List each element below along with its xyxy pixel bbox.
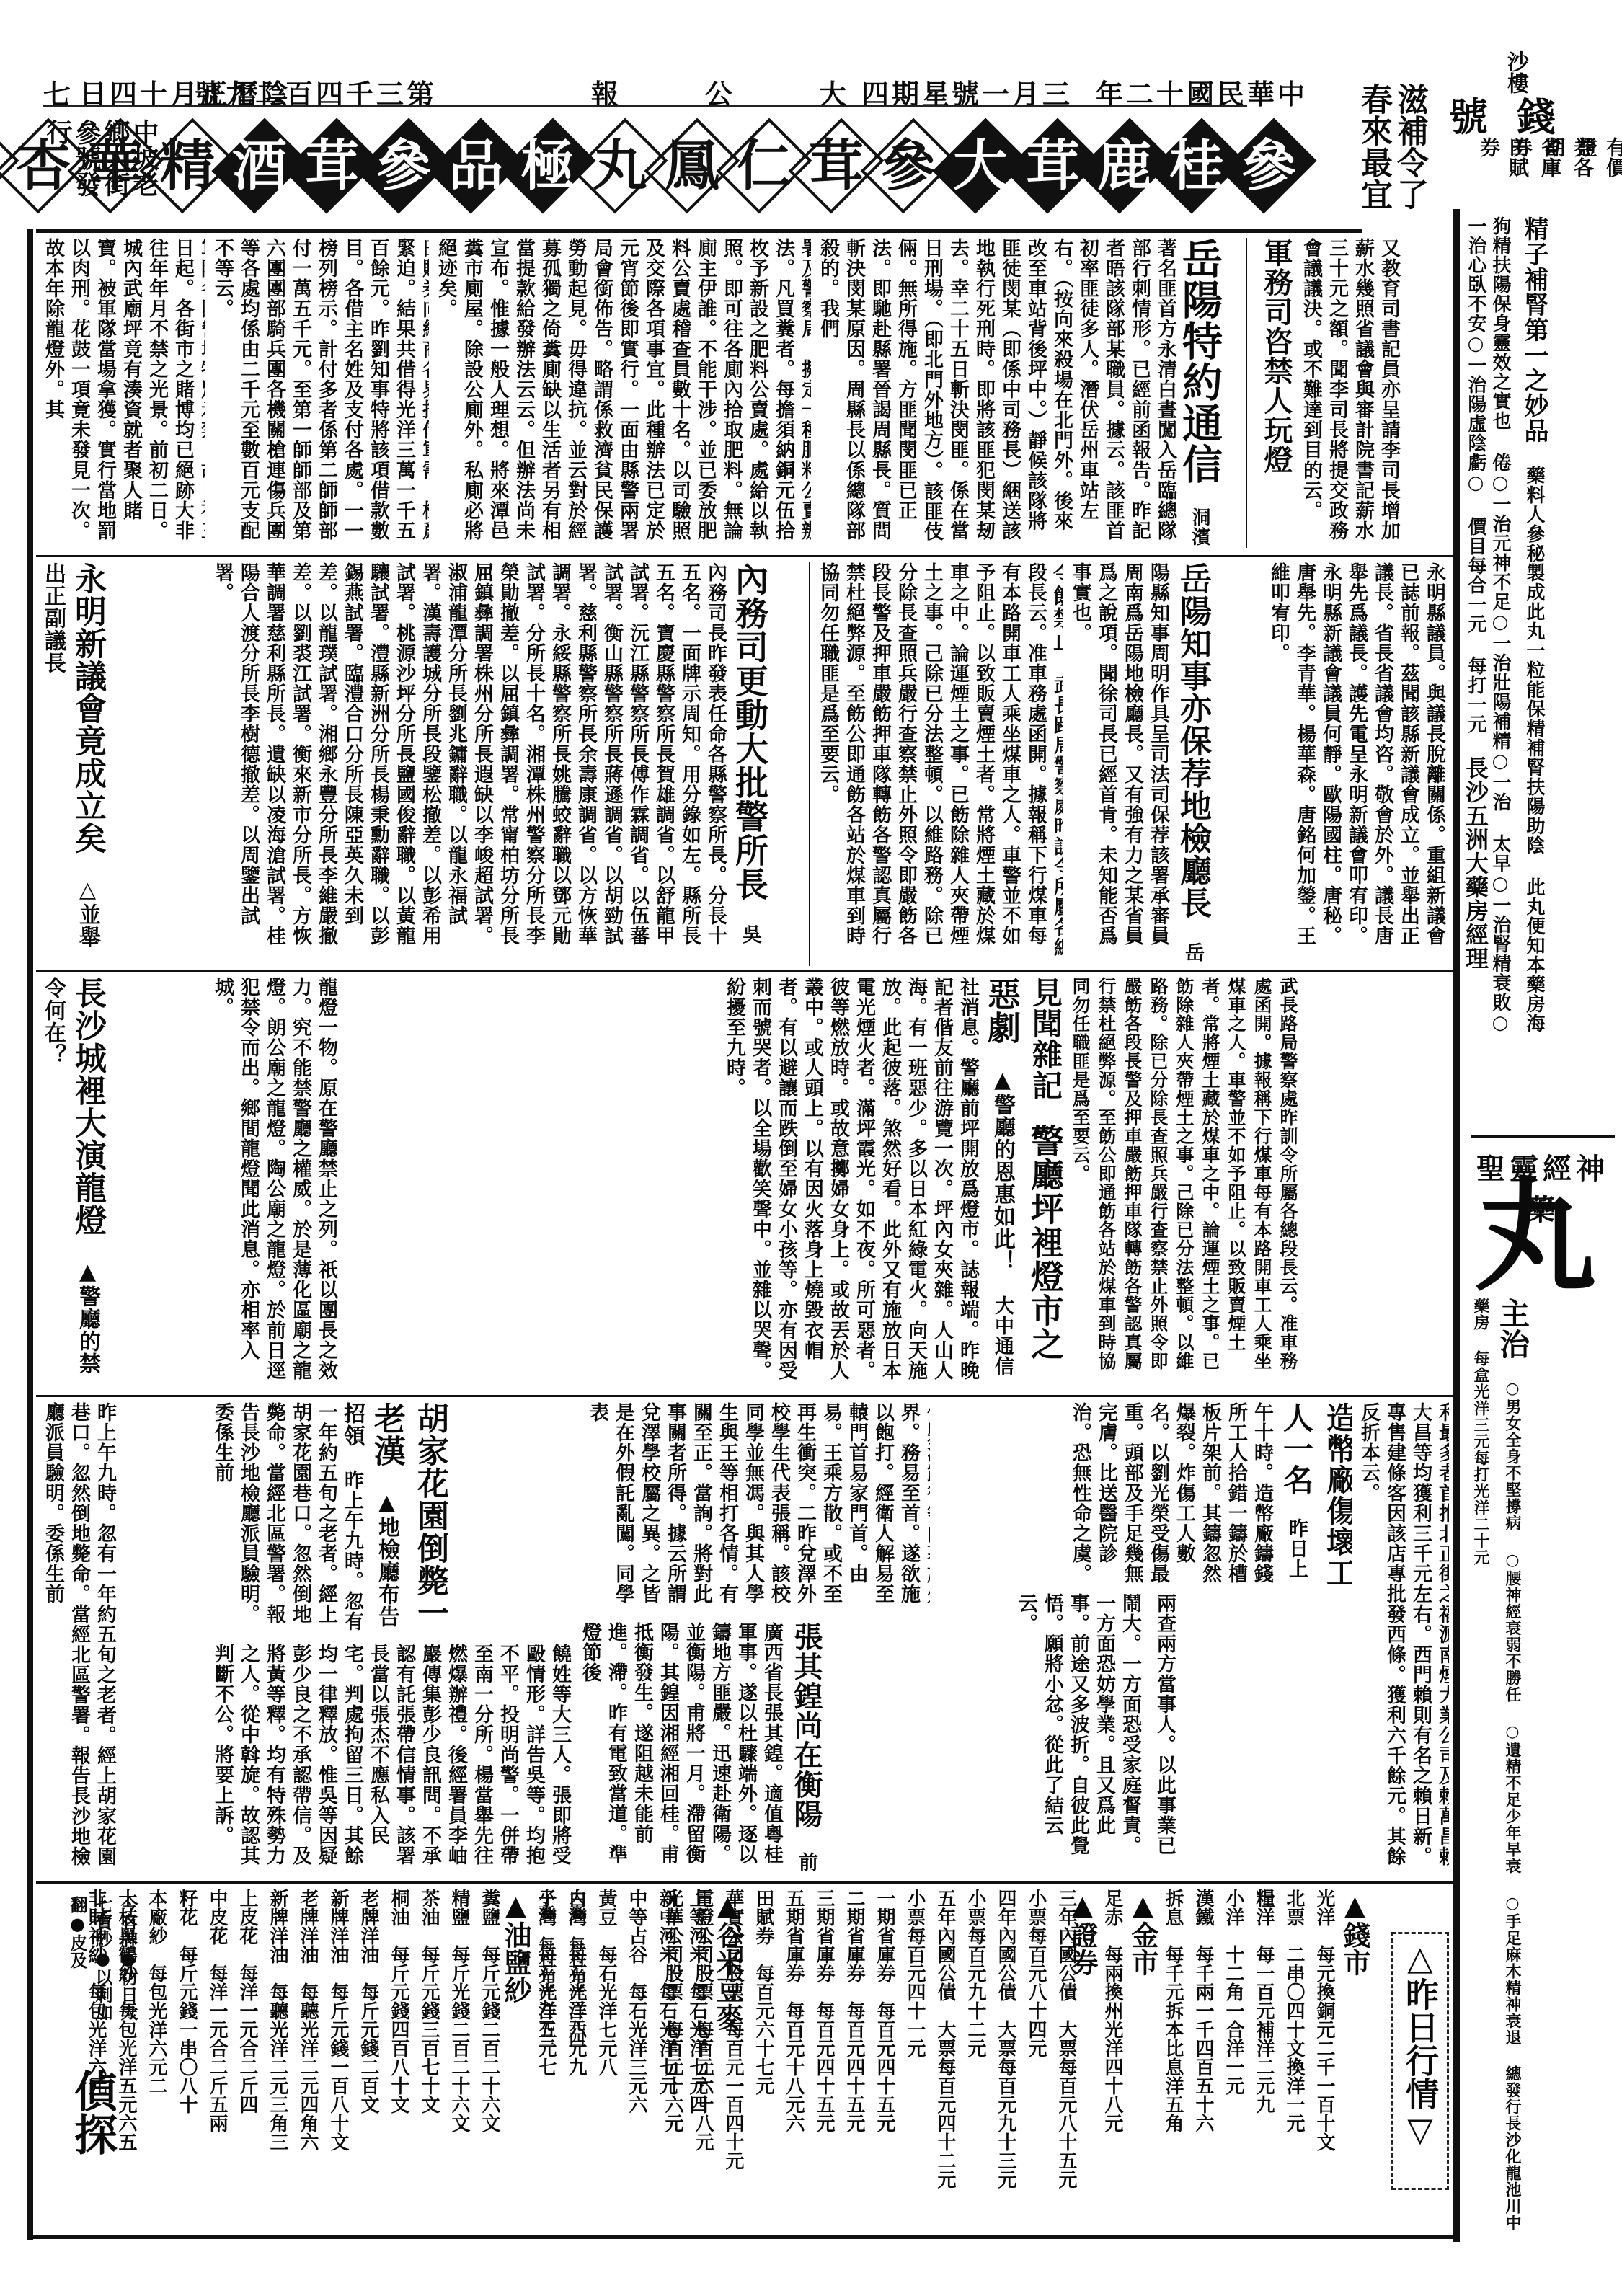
market-row: 新牌洋油 每斤元錢一百八十文 bbox=[323, 1889, 353, 2228]
banner-slogan-right: 滋補令了春來最宜 bbox=[1355, 83, 1427, 213]
left-border bbox=[27, 229, 33, 2240]
row-rule-1 bbox=[36, 555, 1453, 557]
market-row: 上皮花 每洋一元合二斤四 bbox=[232, 1889, 262, 2228]
market-row: 上等河米 每石光洋七元四 bbox=[682, 1889, 712, 2228]
article-education: 又教育司書記員亦呈請李司長增加薪水幾照省議會與審計院書記薪水三十元之額。聞李司長… bbox=[1298, 238, 1449, 548]
article-yongming-head: 永明新議會竟成立矣 △並舉出正副議長 bbox=[40, 562, 205, 962]
right-ad-body: 主治 ○男女全身不堅撐病 ○腰神經衰弱不勝任 ○遺精不足少年早衰 ○手足麻木精神… bbox=[1471, 1298, 1615, 2235]
section-head: ▲金市 bbox=[1127, 1889, 1158, 2228]
market-row: 二期省庫券 每百元四十五元 bbox=[839, 1889, 869, 2228]
top-right-ad: 沙樓 錢號 有價證 券各期 省庫券 田賦券 bbox=[1442, 50, 1608, 187]
market-row: 田賦券 每百元六十七元 bbox=[748, 1889, 779, 2228]
market-row: 精鹽 每斤光錢二百二十六文 bbox=[444, 1889, 474, 2228]
row-rule-2 bbox=[36, 970, 1453, 972]
market-money: ▲錢市 光洋 每元換銅元二千一百十文 北票 二串〇四十文換洋一元 糧洋 每一百元… bbox=[1081, 1889, 1370, 2228]
triangle-down-icon: ▽ bbox=[1401, 2110, 1440, 2149]
market-row: 小洋 十二角一合洋一元 bbox=[1218, 1889, 1249, 2228]
article-mint: 壬戌煙業獲盈記 本埠煙業素推福建幫。歷年來貿易之大獲利之多。以賴姓各店爲最。及至… bbox=[1355, 1402, 1449, 1874]
market-row: 老牌洋油 每斤元錢二百文 bbox=[353, 1889, 384, 2228]
market-row: 小麥 每石光洋九元二 bbox=[531, 1889, 561, 2228]
market-row: 五期省庫券 每百元十八元六 bbox=[779, 1889, 809, 2228]
article-changsha-lantern: 長沙城裡大演龍燈 ▲警廳的禁令何在？ bbox=[40, 977, 205, 1388]
market-row: 拆息 每千元拆本比息洋五角 bbox=[1158, 1889, 1188, 2228]
article-hengyang: 造幣廠傷壞工人一名 昨日上午十時。造幣廠鑄錢所工人拾錯一鑄於槽板片架前。其鑄忽然… bbox=[1067, 1402, 1352, 1590]
market-row: 北票 二串〇四十文換洋一元 bbox=[1279, 1889, 1309, 2228]
bottom-rule bbox=[27, 2235, 1460, 2239]
article-loan: 宜加借款公開 縣公署於去臘以田賦券向紳商各界抵借軍需。極爲緊迫。結果共借得光洋三… bbox=[209, 238, 429, 548]
article-coal: 煤車不便藏運烟土矣 △路局令飭禁止 武長路局警察處昨訓令所屬各總段長云。准車務處… bbox=[815, 562, 1063, 962]
article-hujia: 又有一件很蹺蹊的小事 ▲到底又是學生幹的不是？ 南正街常業縣線號內。住有會在遵道… bbox=[209, 1644, 573, 1874]
market-row: 中皮花 每洋一元合二斤五兩 bbox=[202, 1889, 232, 2228]
article-interior: 內務司更動大批警所長 吳內務司長昨發表任命各縣警察所長。分長十五名。一面牌示周知… bbox=[209, 562, 807, 962]
article-student-fight: 胡家花園倒斃一老漢 ▲地檢廳布告招領 昨上午九時。忽有一年約五旬之老者。經上胡家… bbox=[209, 1402, 573, 1640]
triangle-up-icon: △ bbox=[1401, 1938, 1440, 1977]
col-rule bbox=[1246, 238, 1247, 548]
market-row: 大麥 每石光洋三元四 bbox=[561, 1889, 591, 2228]
market-grain-cont: 大麥 每石光洋三元四 小麥 每石光洋九元二 ▲油鹽紗 bbox=[505, 1889, 591, 2228]
shop-item: 田賦券 bbox=[1474, 137, 1532, 187]
ad-brand: 偵探 bbox=[61, 2069, 123, 2155]
market-row: 光洋 每元換銅元二千一百十文 bbox=[1309, 1889, 1339, 2228]
banner-ad: 參 桂 鹿 茸 大 參 茸 仁 鳳 丸 極 品 參 茸 酒 精 華 杏 仁 精 bbox=[166, 108, 1305, 223]
article-dispute bbox=[937, 1593, 1009, 1874]
market-row: 三期省庫券 每百元四十五元 bbox=[809, 1889, 839, 2228]
row-rule-3 bbox=[36, 1395, 1453, 1397]
article-student-cont: 昨上午九時。忽有一年約五旬之老者。經上胡家花園巷口。忽然倒地斃命。當經北區警署。… bbox=[40, 1402, 205, 1874]
market-row: 糞鹽 每斤元錢二百二十六文 bbox=[474, 1889, 505, 2228]
article-military-lantern-ban: 軍務司咨禁人玩燈 bbox=[1254, 238, 1298, 548]
article-tobacco: 兩查兩方當事人。以此事業已鬧大。一方面恐受家庭督責。一方面恐妨學業。且又爲此事。… bbox=[1013, 1593, 1352, 1874]
market-row: 新牌洋油 每聽光洋二元三角三 bbox=[262, 1889, 293, 2228]
market-row: 糧洋 每一百元補洋二元九 bbox=[1249, 1889, 1279, 2228]
bottom-left-ad: 今有牌●仿日大 七寶紗●以刺加 翻●皮及 偵探 bbox=[40, 1896, 141, 2228]
right-border bbox=[1453, 209, 1460, 2242]
section-head: ▲錢市 bbox=[1339, 1889, 1370, 2228]
article-firecracker: 學生相打事已告結束 ▲雙方覺悟了事 大中通信社消息。亂講話少年王仁生等在皇倉街被… bbox=[584, 1402, 930, 1618]
article-gambling: 嚴禁賭博花鼓 本年軍政各部暑。對於新年之賭博花鼓。禁得極爲嚴厲。除縣署警局出示外… bbox=[40, 238, 205, 548]
market-securities: 三年內國公債 大票每百元八十五元 小票每百元八十四元 四年內國公債 大票每百元九… bbox=[743, 1889, 1081, 2228]
market-row: 三年內國公債 大票每百元八十五元 小票每百元八十四元 bbox=[1021, 1889, 1081, 2228]
col-rule bbox=[809, 562, 810, 966]
market-row: 桐油 每斤元錢四百八十文 bbox=[384, 1889, 414, 2228]
section-head: ▲谷米豆麥 bbox=[712, 1889, 743, 2228]
market-row: 漢鐵 每千兩一千四百五十六 bbox=[1188, 1889, 1218, 2228]
market-row: 本廠紗 每包光洋六元二 bbox=[141, 1889, 172, 2228]
market-row: 黃豆 每石光洋七元八 bbox=[591, 1889, 621, 2228]
medicine-ad: 精子補腎第一之妙品 藥料人參秘製成此丸一粒能保精補腎扶陽助陰 此丸便知本藥房海狗… bbox=[1463, 216, 1615, 1045]
market-row: 茶油 每斤元錢三百七十文 bbox=[414, 1889, 444, 2228]
market-row: 四年內國公債 大票每百元九十三元 小票每百元九十二元 bbox=[960, 1889, 1021, 2228]
ad-rule bbox=[1471, 1135, 1615, 1138]
article-xiangtan: 湘潭通信 （時言） 肥料收歸公有 本邑城鄉各廁屋。歷係民家私人所有。近年因興辦肥… bbox=[433, 238, 811, 548]
article-lantern-cont: 龍燈一物。原在警廳禁止之列。祇以團長之效力。究不能禁警廳之權威。於是薄化區廟之龍… bbox=[209, 977, 717, 1388]
masthead-rule bbox=[43, 105, 1247, 107]
market-row: 一期省庫券 每百元四十五元 bbox=[869, 1889, 900, 2228]
article-lantern-market: 見聞雜記 警廳坪裡燈市之惡劇 ▲警廳的恩惠如此！ 大中通信社消息。警廳前坪開放爲… bbox=[721, 977, 1063, 1388]
article-yongming: 永明縣議員。與議長脫離關係。重組新議會已誌前報。茲聞該縣新議會成立。並舉出正議長… bbox=[1265, 562, 1449, 962]
market-row: 籽花 每斤元錢一串〇八十 bbox=[172, 1889, 202, 2228]
market-row: 中等占谷 每石光洋三元六 bbox=[621, 1889, 652, 2228]
market-oil-salt: 糞鹽 每斤元錢二百二十六文 精鹽 每斤光錢二百二十六文 茶油 每斤元錢三百七十文… bbox=[144, 1889, 505, 2228]
article-hengyang-top: 武長路局警察處昨訓令所屬各總段長云。准車務處函開。據報稱下行煤車每有本路開車工人… bbox=[1067, 977, 1449, 1388]
market-row: 老牌洋油 每聽光洋二元四角六 bbox=[293, 1889, 323, 2228]
article-small-matter: 張其鍠尚在衡陽 前廣西省長張其鍠。適值粵桂軍事。遂以杜驟端外。逐以鑄地方匪嚴。迅… bbox=[577, 1622, 934, 1874]
top-rule bbox=[36, 229, 1362, 233]
row-rule-4 bbox=[36, 1881, 1453, 1884]
market-title: △昨日行情▽ bbox=[1391, 1932, 1449, 2190]
right-ad-big-char: 丸 bbox=[1474, 1175, 1597, 1298]
market-row: 五年內國公債 大票每百元四十二元 小票每百元四十一元 bbox=[900, 1889, 960, 2228]
market-row: 足赤 每兩換州光洋四十八元 bbox=[1097, 1889, 1127, 2228]
section-head: ▲油鹽紗 bbox=[500, 1889, 531, 2228]
market-row: 新中河米 每石光洋七元 bbox=[652, 1889, 682, 2228]
shop-name: 錢號 bbox=[1449, 87, 1585, 142]
article-yueyang-magistrate: 岳陽知事亦保荐地檢廳長 岳陽縣知事周明作具呈司法司保荐該署承審員周南爲岳陽地檢廳… bbox=[1067, 562, 1262, 962]
article-yueyang: 岳陽特約通信 洞濱 著名匪首方永清白晝闖入岳臨總隊部行刺情形。已經前函報告。昨記… bbox=[815, 238, 1244, 548]
